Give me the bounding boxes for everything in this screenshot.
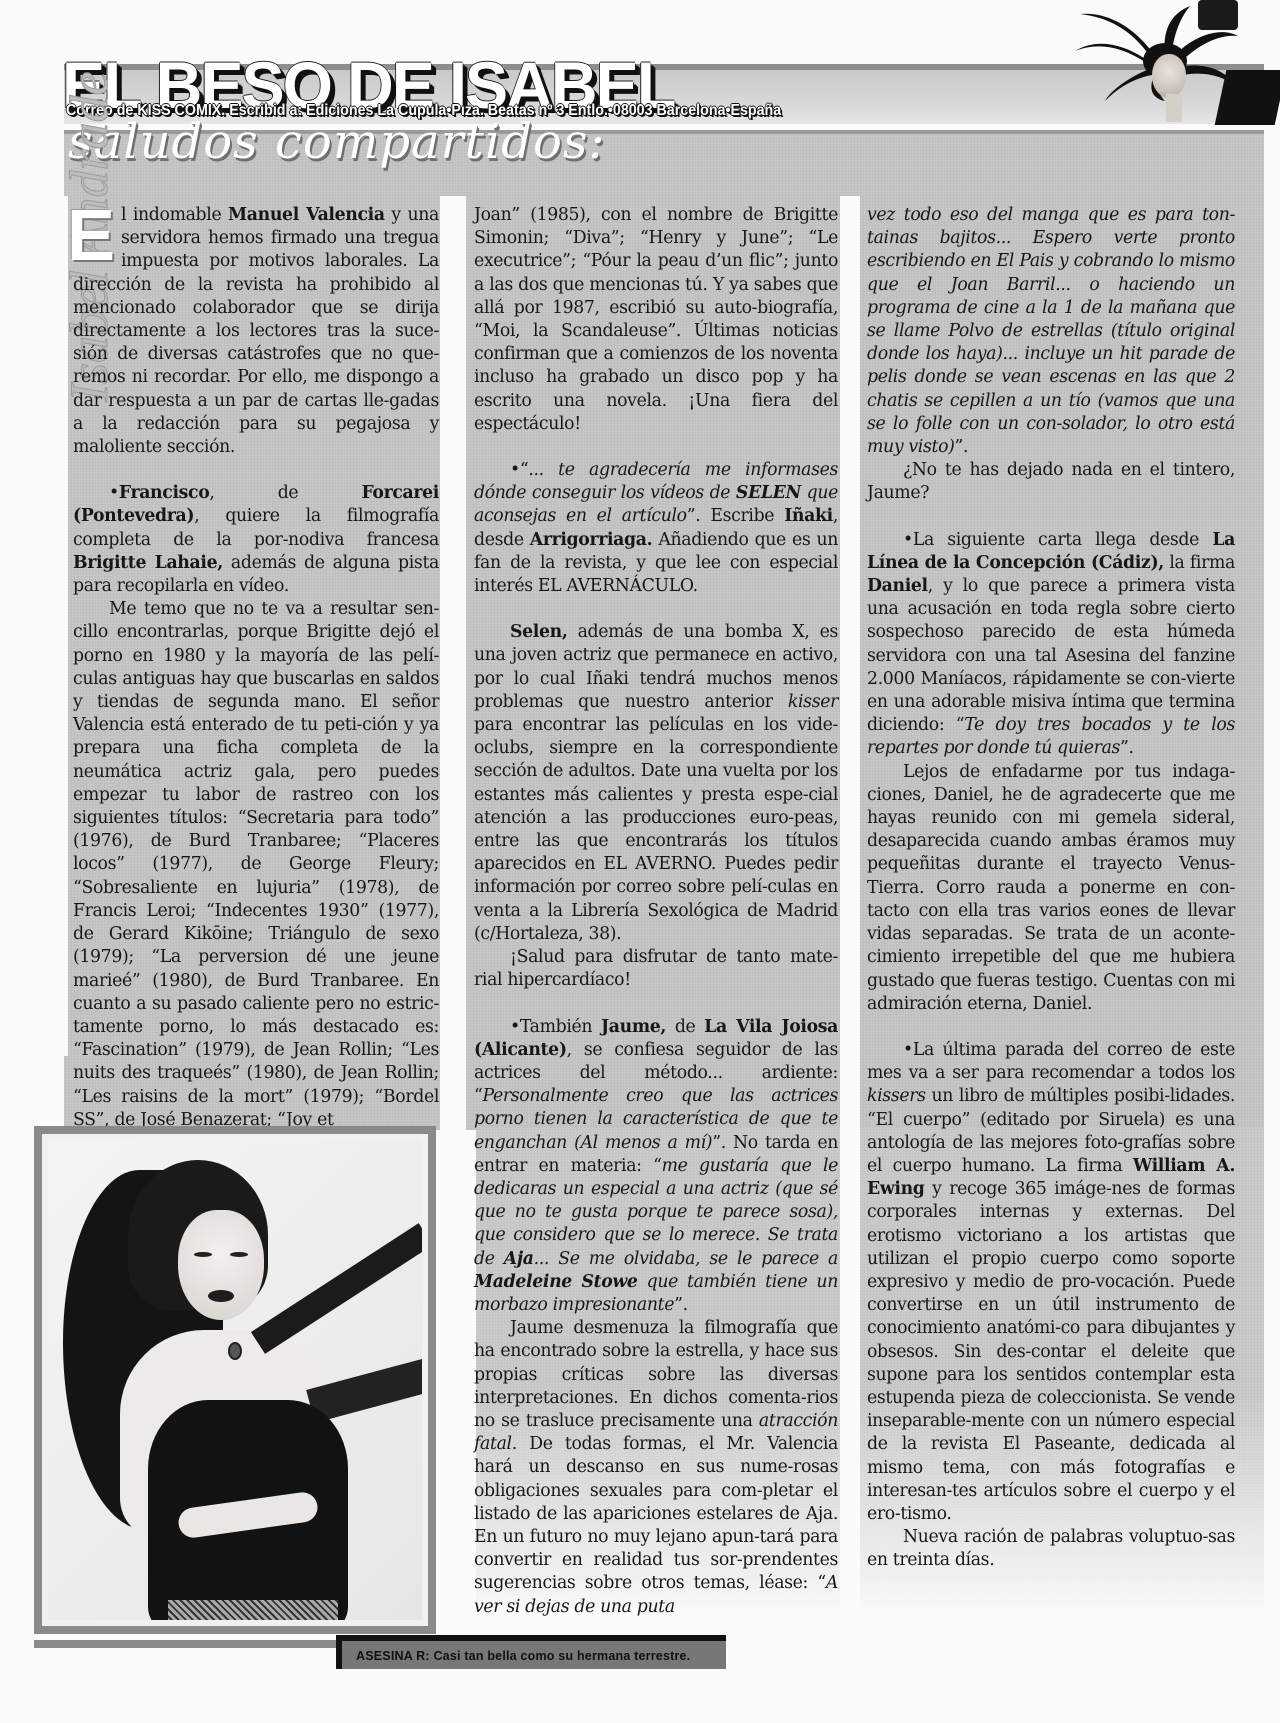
portrait-face xyxy=(1152,54,1186,98)
closing-line: Nueva ración de palabras voluptuo-sas en… xyxy=(867,1526,1235,1572)
dropcap: E xyxy=(67,206,111,270)
book-recommendation: •La última parada del correo de este mes… xyxy=(867,1039,1235,1526)
letter-francisco: •Francisco, de Forcarei (Pontevedra), qu… xyxy=(73,482,439,598)
jaume-quote-continued: vez todo eso del manga que es para ton-t… xyxy=(867,204,1235,459)
letter-inaki: •“... te agradecería me informases dónde… xyxy=(474,459,838,598)
reply-inaki: Selen, además de una bomba X, es una jov… xyxy=(474,621,838,946)
reply-jaume: Jaume desmenuza la filmografía que ha en… xyxy=(474,1317,838,1619)
right-margin xyxy=(1264,130,1280,1723)
header-portrait-photo xyxy=(1030,0,1280,125)
question-to-jaume: ¿No te has dejado nada en el tintero, Ja… xyxy=(867,459,1235,505)
text-column-1: El indomable Manuel Valencia y una servi… xyxy=(73,204,439,1132)
gun-graphic xyxy=(251,1223,422,1354)
text-column-3: vez todo eso del manga que es para ton-t… xyxy=(867,204,1235,1573)
pendant-icon xyxy=(228,1342,242,1360)
section-subtitle: saludos compartidos: xyxy=(68,114,606,170)
reply-daniel: Lejos de enfadarme por tus indaga-ciones… xyxy=(867,761,1235,1016)
text-column-2: Joan” (1985), con el nombre de Brigitte … xyxy=(474,204,838,1619)
letter-daniel: •La siguiente carta llega desde La Línea… xyxy=(867,529,1235,761)
intro-paragraph: El indomable Manuel Valencia y una servi… xyxy=(73,204,439,459)
photo-face xyxy=(178,1210,264,1320)
photo-frame xyxy=(34,1126,436,1634)
letter-jaume: •También Jaume, de La Vila Joiosa (Alica… xyxy=(474,1016,838,1318)
column-gutter-1 xyxy=(440,196,466,1723)
photo-caption: ASESINA R: Casi tan bella como su herman… xyxy=(336,1635,726,1669)
reply-inaki-closing: ¡Salud para disfrutar de tanto mate-rial… xyxy=(474,946,838,992)
reply-francisco-continued: Joan” (1985), con el nombre de Brigitte … xyxy=(474,204,838,436)
reply-francisco: Me temo que no te va a resultar sen-cill… xyxy=(73,598,439,1132)
asesina-photo xyxy=(48,1140,422,1620)
